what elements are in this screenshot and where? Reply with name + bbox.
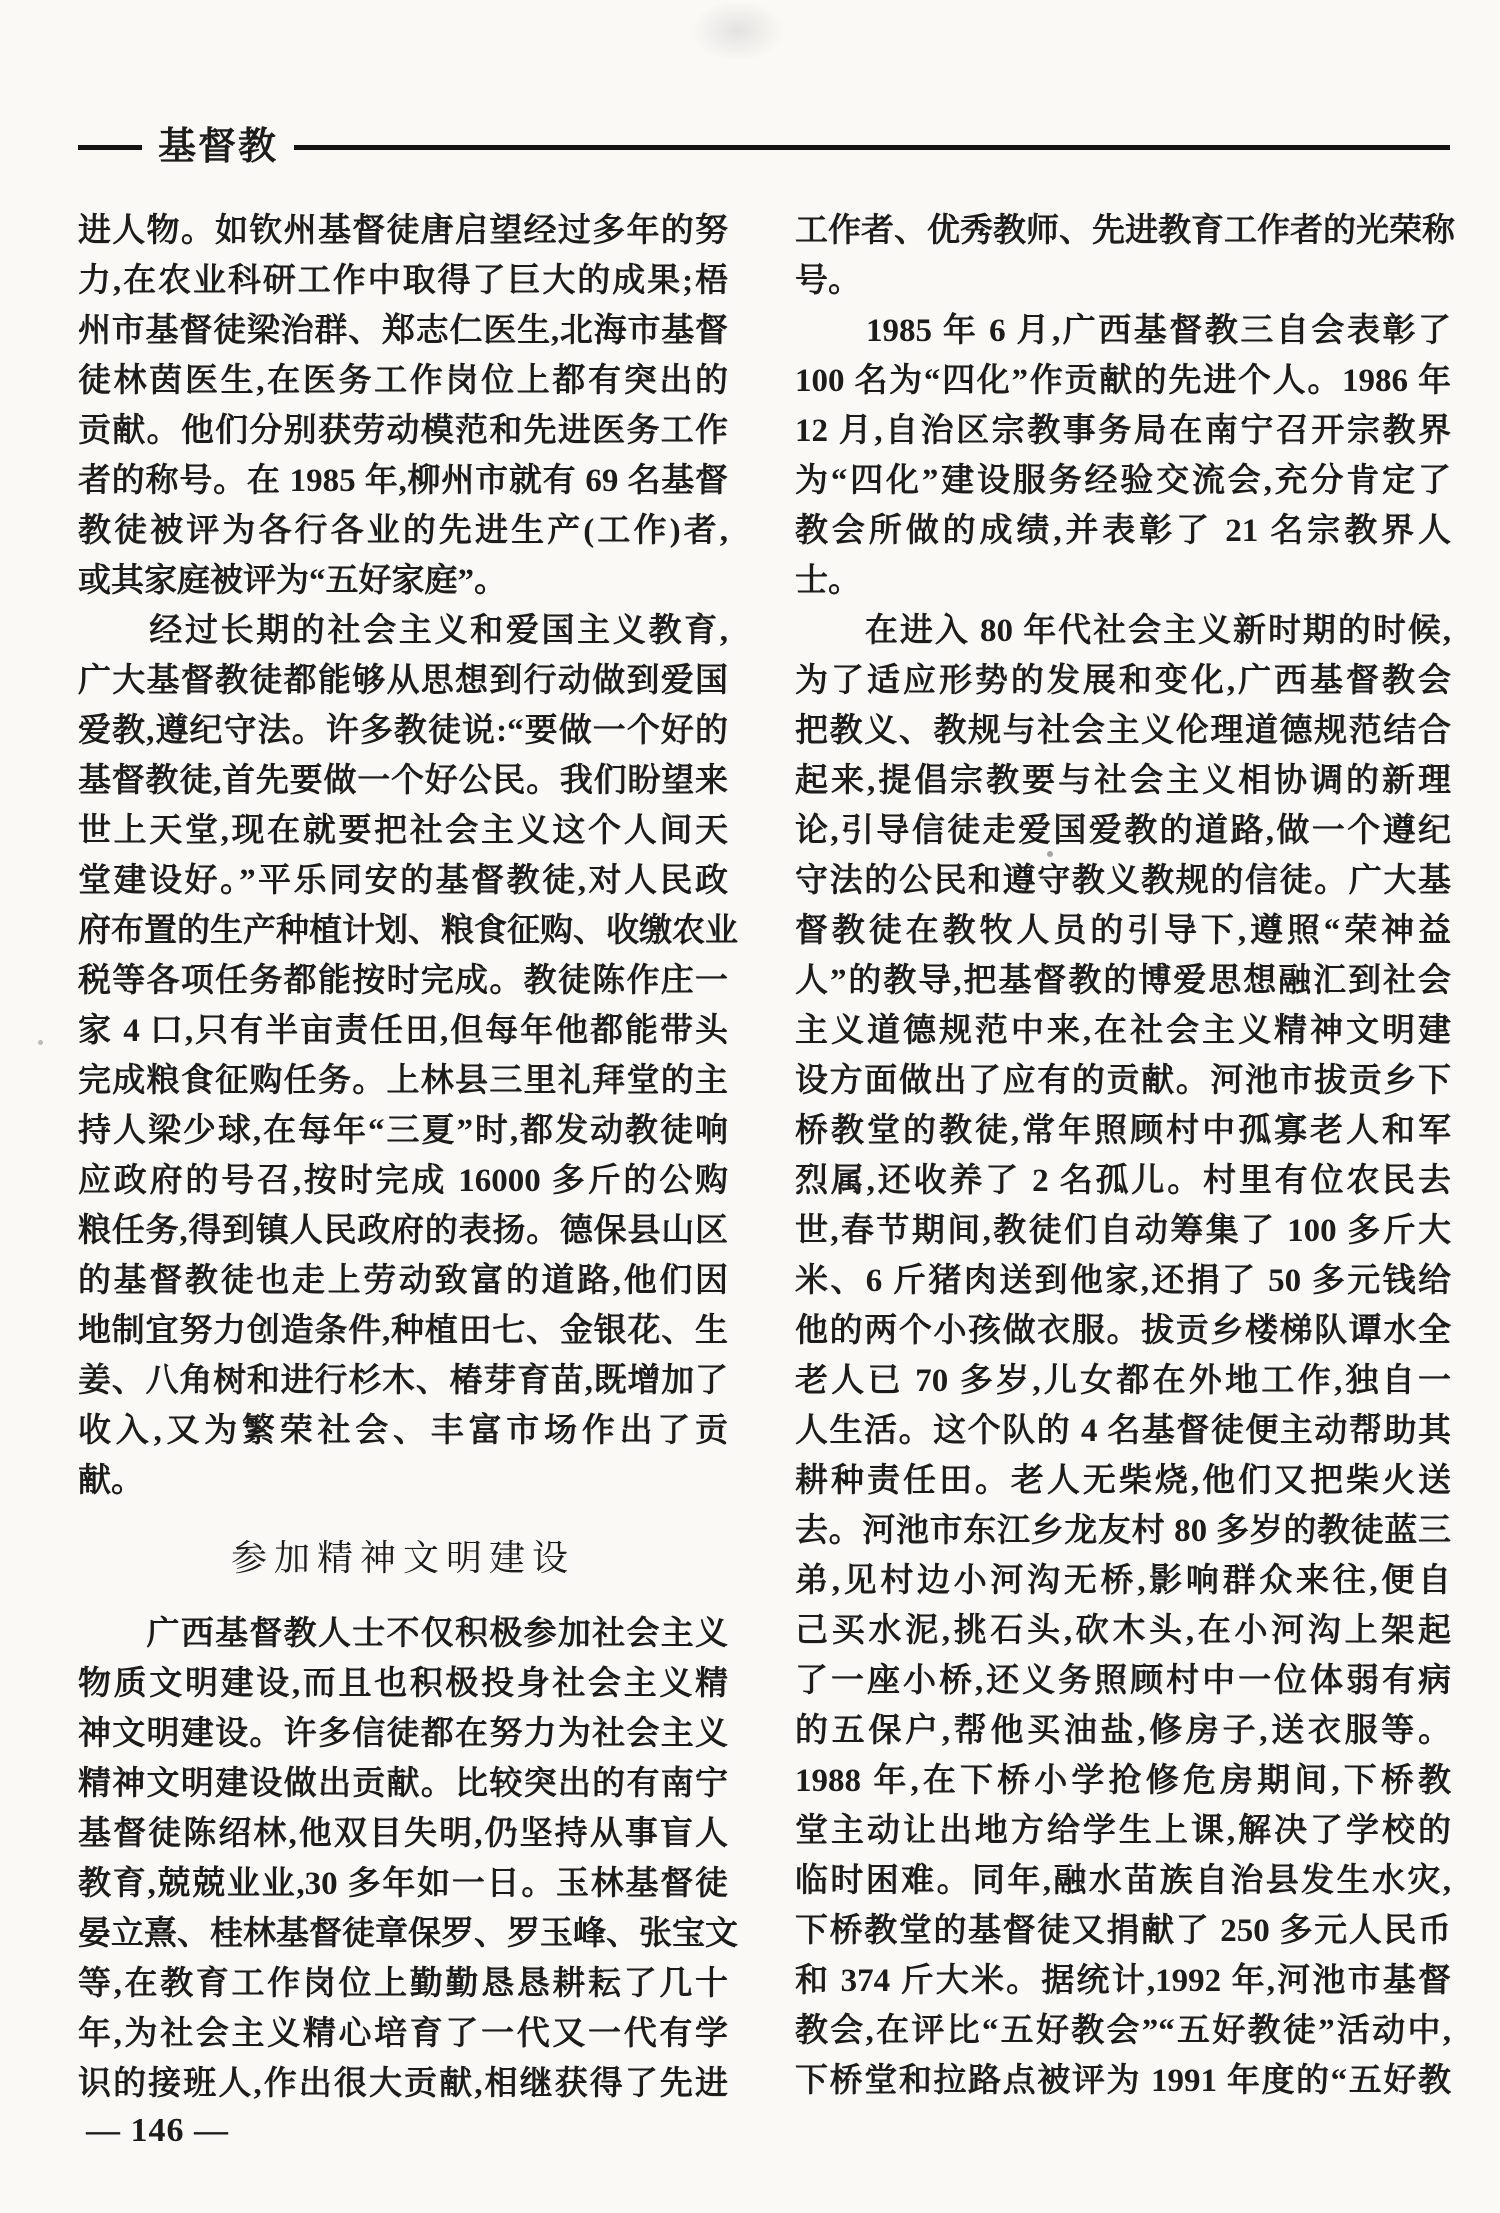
text-line: 应政府的号召,按时完成 16000 多斤的公购: [78, 1156, 728, 1206]
text-line: 1988 年,在下桥小学抢修危房期间,下桥教: [795, 1756, 1451, 1806]
scan-artifact-speck: [38, 1040, 43, 1045]
text-line: 守法的公民和遵守教义教规的信徒。广大基: [795, 856, 1451, 906]
right-column: 工作者、优秀教师、先进教育工作者的光荣称 号。 1985 年 6 月,广西基督教…: [795, 206, 1451, 2106]
text-line: 或其家庭被评为“五好家庭”。: [78, 556, 728, 606]
text-line: 献。: [78, 1456, 728, 1506]
text-line: 设方面做出了应有的贡献。河池市拔贡乡下: [795, 1056, 1451, 1106]
text-line: 徒林茵医生,在医务工作岗位上都有突出的: [78, 356, 728, 406]
text-line: 神文明建设。许多信徒都在努力为社会主义: [78, 1709, 728, 1759]
text-line: 12 月,自治区宗教事务局在南宁召开宗教界: [795, 406, 1451, 456]
text-line: 世,春节期间,教徒们自动筹集了 100 多斤大: [795, 1206, 1451, 1256]
text-line: 主义道德规范中来,在社会主义精神文明建: [795, 1006, 1451, 1056]
text-line: 下桥教堂的基督徒又捐献了 250 多元人民币: [795, 1906, 1451, 1956]
text-line: 堂建设好。”平乐同安的基督教徒,对人民政: [78, 856, 728, 906]
text-line: 广大基督教徒都能够从思想到行动做到爱国: [78, 656, 728, 706]
text-line: 完成粮食征购任务。上林县三里礼拜堂的主: [78, 1056, 728, 1106]
text-line: 1985 年 6 月,广西基督教三自会表彰了: [795, 306, 1451, 356]
text-line: 的基督教徒也走上劳动致富的道路,他们因: [78, 1256, 728, 1306]
text-line: 为了适应形势的发展和变化,广西基督教会: [795, 656, 1451, 706]
text-line: 桥教堂的教徒,常年照顾村中孤寡老人和军: [795, 1106, 1451, 1156]
scan-artifact-smudge: [690, 0, 785, 62]
text-line: 物质文明建设,而且也积极投身社会主义精: [78, 1659, 728, 1709]
text-line: 了一座小桥,还义务照顾村中一位体弱有病: [795, 1656, 1451, 1706]
text-line: 和 374 斤大米。据统计,1992 年,河池市基督: [795, 1956, 1451, 2006]
text-line: 人”的教导,把基督教的博爱思想融汇到社会: [795, 956, 1451, 1006]
header-dash-rule: [78, 145, 142, 150]
text-line: 把教义、教规与社会主义伦理道德规范结合: [795, 706, 1451, 756]
text-line: 教会,在评比“五好教会”“五好教徒”活动中,: [795, 2006, 1451, 2056]
left-column: 进人物。如钦州基督徒唐启望经过多年的努 力,在农业科研工作中取得了巨大的成果;梧…: [78, 206, 728, 2109]
text-line: 爱教,遵纪守法。许多教徒说:“要做一个好的: [78, 706, 728, 756]
text-line: 教会所做的成绩,并表彰了 21 名宗教界人: [795, 506, 1451, 556]
text-line: 贡献。他们分别获劳动模范和先进医务工作: [78, 406, 728, 456]
text-line: 者的称号。在 1985 年,柳州市就有 69 名基督: [78, 456, 728, 506]
text-line: 家 4 口,只有半亩责任田,但每年他都能带头: [78, 1006, 728, 1056]
text-line: 在进入 80 年代社会主义新时期的时候,: [795, 606, 1451, 656]
text-line: 教徒被评为各行各业的先进生产(工作)者,: [78, 506, 728, 556]
text-line: 耕种责任田。老人无柴烧,他们又把柴火送: [795, 1456, 1451, 1506]
text-line: 论,引导信徒走爱国爱教的道路,做一个遵纪: [795, 806, 1451, 856]
text-line: 下桥堂和拉路点被评为 1991 年度的“五好教: [795, 2056, 1451, 2106]
text-line: 进人物。如钦州基督徒唐启望经过多年的努: [78, 206, 728, 256]
page-number: — 146 —: [86, 2112, 229, 2150]
text-line: 州市基督徒梁治群、郑志仁医生,北海市基督: [78, 306, 728, 356]
text-line: 教育,兢兢业业,30 多年如一日。玉林基督徒: [78, 1859, 728, 1909]
text-line: 广西基督教人士不仅积极参加社会主义: [78, 1609, 728, 1659]
text-line: 烈属,还收养了 2 名孤儿。村里有位农民去: [795, 1156, 1451, 1206]
page-header: 基督教: [78, 128, 1450, 166]
text-line: 他的两个小孩做衣服。拔贡乡楼梯队谭水全: [795, 1306, 1451, 1356]
text-line: 100 名为“四化”作贡献的先进个人。1986 年: [795, 356, 1451, 406]
text-line: 晏立熹、桂林基督徒章保罗、罗玉峰、张宝文: [78, 1909, 728, 1959]
text-line: 经过长期的社会主义和爱国主义教育,: [78, 606, 728, 656]
text-line: 基督教徒,首先要做一个好公民。我们盼望来: [78, 756, 728, 806]
text-line: 地制宜努力创造条件,种植田七、金银花、生: [78, 1306, 728, 1356]
text-line: 粮任务,得到镇人民政府的表扬。德保县山区: [78, 1206, 728, 1256]
text-line: 基督徒陈绍林,他双目失明,仍坚持从事盲人: [78, 1809, 728, 1859]
text-line: 己买水泥,挑石头,砍木头,在小河沟上架起: [795, 1606, 1451, 1656]
scanned-book-page: 基督教 进人物。如钦州基督徒唐启望经过多年的努 力,在农业科研工作中取得了巨大的…: [0, 0, 1500, 2213]
text-line: 米、6 斤猪肉送到他家,还捐了 50 多元钱给: [795, 1256, 1451, 1306]
running-head-title: 基督教: [158, 128, 278, 166]
text-line: 力,在农业科研工作中取得了巨大的成果;梧: [78, 256, 728, 306]
text-line: 老人已 70 多岁,儿女都在外地工作,独自一: [795, 1356, 1451, 1406]
text-line: 弟,见村边小河沟无桥,影响群众来往,便自: [795, 1556, 1451, 1606]
text-line: 识的接班人,作出很大贡献,相继获得了先进: [78, 2059, 728, 2109]
text-line: 起来,提倡宗教要与社会主义相协调的新理: [795, 756, 1451, 806]
text-line: 税等各项任务都能按时完成。教徒陈作庄一: [78, 956, 728, 1006]
text-line: 堂主动让出地方给学生上课,解决了学校的: [795, 1806, 1451, 1856]
text-line: 世上天堂,现在就要把社会主义这个人间天: [78, 806, 728, 856]
text-line: 人生活。这个队的 4 名基督徒便主动帮助其: [795, 1406, 1451, 1456]
text-line: 府布置的生产种植计划、粮食征购、收缴农业: [78, 906, 728, 956]
section-heading: 参加精神文明建设: [78, 1533, 728, 1583]
text-line: 督教徒在教牧人员的引导下,遵照“荣神益: [795, 906, 1451, 956]
header-horizontal-rule: [294, 145, 1450, 150]
text-line: 姜、八角树和进行杉木、椿芽育苗,既增加了: [78, 1356, 728, 1406]
text-line: 精神文明建设做出贡献。比较突出的有南宁: [78, 1759, 728, 1809]
text-line: 等,在教育工作岗位上勤勤恳恳耕耘了几十: [78, 1959, 728, 2009]
text-line: 工作者、优秀教师、先进教育工作者的光荣称: [795, 206, 1451, 256]
text-line: 持人梁少球,在每年“三夏”时,都发动教徒响: [78, 1106, 728, 1156]
text-line: 年,为社会主义精心培育了一代又一代有学: [78, 2009, 728, 2059]
text-line: 的五保户,帮他买油盐,修房子,送衣服等。: [795, 1706, 1451, 1756]
text-line: 为“四化”建设服务经验交流会,充分肯定了: [795, 456, 1451, 506]
text-line: 士。: [795, 556, 1451, 606]
text-line: 号。: [795, 256, 1451, 306]
text-line: 去。河池市东江乡龙友村 80 多岁的教徒蓝三: [795, 1506, 1451, 1556]
text-line: 收入,又为繁荣社会、丰富市场作出了贡: [78, 1406, 728, 1456]
text-line: 临时困难。同年,融水苗族自治县发生水灾,: [795, 1856, 1451, 1906]
